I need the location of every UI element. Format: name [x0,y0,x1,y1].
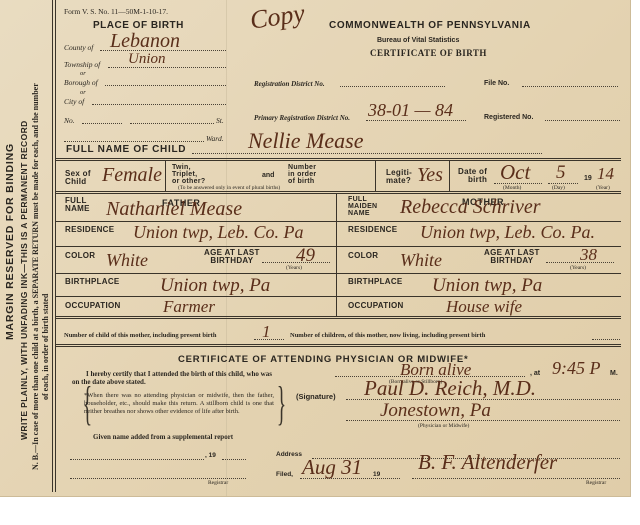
mother-age-label-line2: BIRTHDAY [490,256,533,265]
township-value[interactable]: Union [128,51,166,68]
father-years-caption: (Years) [286,265,302,271]
registered-no-field-line [545,120,620,121]
section-divider [56,344,621,347]
dob-month-value[interactable]: Oct [500,160,530,185]
mother-age-label: AGE AT LASTBIRTHDAY [484,249,540,265]
cell-divider [165,161,166,191]
number-order-line2: in order [288,171,316,178]
father-name-label-line2: NAME [65,204,90,213]
file-no-field-line [522,86,618,87]
write-plainly-text: WRITE PLAINLY, WITH UNFADING INK—THIS IS… [19,120,29,440]
father-age-label: AGE AT LASTBIRTHDAY [204,249,260,265]
mother-residence-label: RESIDENCE [348,226,397,234]
mother-name-value[interactable]: Rebecca Schriver [400,196,540,219]
mother-years-caption: (Years) [570,265,586,271]
registration-district-field-line [340,86,445,87]
bureau-heading: Bureau of Vital Statistics [377,37,459,44]
registrar-signature-line [412,478,620,479]
mother-name-label-line3: NAME [348,210,370,217]
children-living-line [592,339,620,340]
and-label: and [262,172,274,179]
mother-name-label: FULLMAIDENNAME [348,196,377,217]
dob-day-value[interactable]: 5 [556,162,566,184]
twin-label-line3: or other? [172,178,205,185]
parent-column-divider [336,194,337,316]
child-number-label: Number of child of this mother, includin… [64,332,216,339]
borough-field-line [105,85,226,86]
physician-footnote: *When there was no attending physician o… [84,392,274,416]
father-residence-label: RESIDENCE [65,226,114,234]
supplemental-date-line [70,459,204,460]
township-label: Township of [64,60,100,69]
certify-text-line1: I hereby certify that I attended the bir… [86,370,272,378]
sex-label: Sex ofChild [65,170,91,186]
township-field-line [108,67,226,68]
legitimate-label: Legiti-mate? [386,169,412,185]
father-name-label: FULLNAME [65,197,90,213]
father-occupation-value[interactable]: Farmer [163,297,215,317]
county-value[interactable]: Lebanon [110,30,180,53]
father-residence-value[interactable]: Union twp, Leb. Co. Pa [133,222,304,243]
dob-label-line2: birth [468,175,487,184]
mother-occupation-value[interactable]: House wife [446,297,522,317]
primary-registration-label: Primary Registration District No. [254,114,350,122]
father-birthplace-label: BIRTHPLACE [65,278,120,286]
cell-divider [449,161,450,191]
street-no-label: No. [64,116,75,125]
section-divider [56,316,621,319]
filed-date-value[interactable]: Aug 31 [302,455,362,480]
row-divider [336,273,621,274]
mother-name-label-line1: FULL [348,196,367,203]
sex-value[interactable]: Female [102,164,162,187]
nb-note-line1: N. B.—In case of more than one child at … [31,83,40,470]
twin-label-line2: Triplet, [172,171,197,178]
registrar-left-caption: Registrar [208,480,228,486]
section-divider [56,191,621,194]
child-name-field-line [192,153,542,154]
registration-district-label: Registration District No. [254,80,325,88]
copy-mark: Copy [248,0,307,36]
filed-century: 19 [373,471,380,478]
birth-certificate-document: MARGIN RESERVED FOR BINDING WRITE PLAINL… [0,0,631,497]
pm-label: M. [610,370,618,377]
given-name-label: Given name added from a supplemental rep… [93,433,233,441]
form-number: Form V. S. No. 11—50M-1-10-17. [64,7,168,16]
registrar-left-line [70,478,246,479]
county-label: County of [64,43,93,52]
borough-label: Borough of [64,78,98,87]
father-occupation-label: OCCUPATION [65,302,121,310]
certificate-heading: CERTIFICATE OF BIRTH [370,48,487,58]
legitimate-label-line2: mate? [386,176,411,185]
signature-label: (Signature) [296,392,336,401]
child-name-value[interactable]: Nellie Mease [248,128,363,154]
row-divider [56,273,336,274]
twin-label: Twin,Triplet,or other? [172,164,205,185]
city-label: City of [64,97,84,106]
cell-divider [375,161,376,191]
row-divider [336,246,621,247]
father-age-value[interactable]: 49 [296,245,315,267]
children-living-label: Number of children, of this mother, now … [290,332,485,339]
mother-birthplace-label: BIRTHPLACE [348,278,403,286]
mother-residence-value[interactable]: Union twp, Leb. Co. Pa. [420,222,595,243]
physician-location[interactable]: Jonestown, Pa [380,400,491,422]
number-order-line3: of birth [288,178,315,185]
section-divider [56,158,621,161]
street-no-field-line [82,123,122,124]
dob-century: 19 [584,175,592,182]
father-name-value[interactable]: Nathaniel Mease [106,198,242,221]
mother-name-label-line2: MAIDEN [348,203,377,210]
supplemental-year-prefix: , 19 [205,452,216,459]
st-label: St. [216,116,224,125]
registrar-signature[interactable]: B. F. Altenderfer [418,450,557,475]
or-label-1: or [80,70,86,77]
margin-reserved-text: MARGIN RESERVED FOR BINDING [4,143,16,340]
mother-occupation-label: OCCUPATION [348,302,404,310]
dob-year-value[interactable]: 14 [597,164,614,184]
commonwealth-heading: COMMONWEALTH OF PENNSYLVANIA [329,20,531,31]
street-field-line [130,123,214,124]
primary-registration-value[interactable]: 38-01 — 84 [368,100,453,121]
sex-label-line2: Child [65,177,87,186]
father-color-value[interactable]: White [106,250,148,271]
twin-label-line1: Twin, [172,164,191,171]
birth-time-value[interactable]: 9:45 P [552,358,601,379]
number-order-line1: Number [288,164,316,171]
number-order-label: Numberin orderof birth [288,164,316,185]
dob-label: Date ofbirth [458,168,487,184]
registrar-right-caption: Registrar [586,480,606,486]
father-color-label: COLOR [65,252,95,260]
or-label-2: or [80,89,86,96]
father-age-label-line2: BIRTHDAY [210,256,253,265]
file-no-label: File No. [484,80,509,87]
physician-caption: (Physician or Midwife) [418,423,469,429]
mother-color-label: COLOR [348,252,378,260]
city-field-line [92,104,226,105]
filed-label: Filed, [276,471,293,478]
mother-birthplace-value[interactable]: Union twp, Pa [432,275,542,297]
registered-no-label: Registered No. [484,114,533,121]
ward-label: Ward. [206,134,224,143]
nb-note-line2: of each, in order of birth stated [41,294,50,400]
mother-color-value[interactable]: White [400,250,442,271]
mother-age-value[interactable]: 38 [580,245,597,265]
supplemental-year-line [222,459,246,460]
child-name-label: FULL NAME OF CHILD [66,144,186,155]
row-divider [56,246,336,247]
physician-signature[interactable]: Paul D. Reich, M.D. [364,376,536,401]
address-label: Address [276,451,302,458]
note-right-brace: } [277,384,286,424]
child-number-value[interactable]: 1 [262,322,271,342]
legitimate-value[interactable]: Yes [417,164,443,187]
ward-field-line [64,141,204,142]
father-birthplace-value[interactable]: Union twp, Pa [160,275,270,297]
